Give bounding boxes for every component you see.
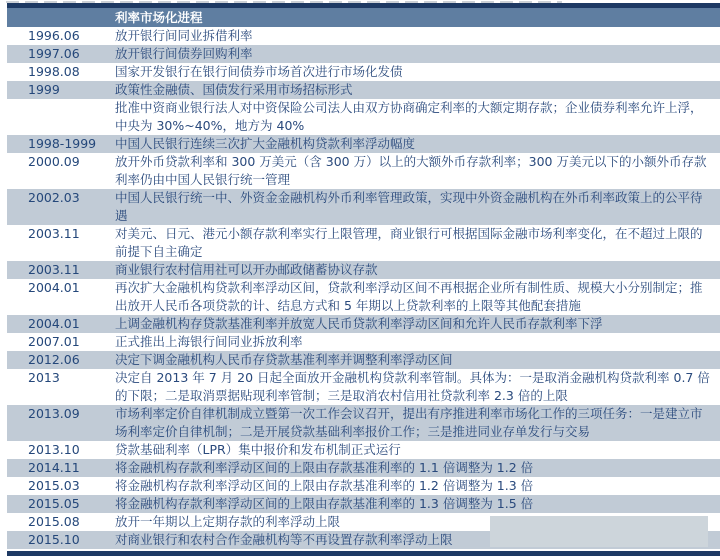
erased-watermark-block — [490, 516, 708, 547]
date-cell: 2012.06 — [7, 351, 115, 369]
date-cell: 2015.10 — [7, 531, 115, 549]
event-cell: 批准中资商业银行法人对中资保险公司法人由双方协商确定利率的大额定期存款；企业债券… — [115, 99, 720, 135]
table-title: 利率市场化进程 — [115, 10, 203, 25]
event-cell: 决定下调金融机构人民币存贷款基准利率并调整利率浮动区间 — [115, 351, 720, 369]
table-row: 2013.10 贷款基础利率（LPR）集中报价和发布机制正式运行 — [7, 441, 720, 459]
date-cell: 2013.09 — [7, 405, 115, 441]
event-cell: 决定自 2013 年 7 月 20 日起全面放开金融机构贷款利率管制。具体为：一… — [115, 369, 720, 405]
event-cell: 将金融机构存款利率浮动区间的上限由存款基准利率的 1.1 倍调整为 1.2 倍 — [115, 459, 720, 477]
date-cell: 1996.06 — [7, 27, 115, 45]
table-row: 2015.05 将金融机构存款利率浮动区间的上限由存款基准利率的 1.3 倍调整… — [7, 495, 720, 513]
table-row: 批准中资商业银行法人对中资保险公司法人由双方协商确定利率的大额定期存款；企业债券… — [7, 99, 720, 135]
event-cell: 上调金融机构存贷款基准利率并放宽人民币贷款利率浮动区间和允许人民币存款利率下浮 — [115, 315, 720, 333]
table-header: 利率市场化进程 — [7, 8, 720, 27]
rate-liberalization-table: 利率市场化进程 1996.06 放开银行间同业拆借利率 1997.06 放开银行… — [7, 3, 720, 556]
date-cell: 1999 — [7, 81, 115, 99]
event-cell: 中国人民银行统一中、外资金金融机构外币利率管理政策，实现中外资金融机构在外币利率… — [115, 189, 720, 225]
date-cell: 2003.11 — [7, 261, 115, 279]
table-row: 2013 决定自 2013 年 7 月 20 日起全面放开金融机构贷款利率管制。… — [7, 369, 720, 405]
table-row: 2003.11 商业银行农村信用社可以开办邮政储蓄协议存款 — [7, 261, 720, 279]
table-row: 1997.06 放开银行间债券回购利率 — [7, 45, 720, 63]
event-cell: 贷款基础利率（LPR）集中报价和发布机制正式运行 — [115, 441, 720, 459]
table-row: 1996.06 放开银行间同业拆借利率 — [7, 27, 720, 45]
table-row: 1998.08 国家开发银行在银行间债券市场首次进行市场化发债 — [7, 63, 720, 81]
table-row: 1998-1999 中国人民银行连续三次扩大金融机构贷款利率浮动幅度 — [7, 135, 720, 153]
table-row: 2004.01 再次扩大金融机构贷款利率浮动区间，贷款利率浮动区间不再根据企业所… — [7, 279, 720, 315]
date-cell: 2015.08 — [7, 513, 115, 531]
date-cell: 2015.05 — [7, 495, 115, 513]
event-cell: 对美元、日元、港元小额存款利率实行上限管理，商业银行可根据国际金融市场利率变化，… — [115, 225, 720, 261]
date-cell: 2004.01 — [7, 279, 115, 315]
event-cell: 商业银行农村信用社可以开办邮政储蓄协议存款 — [115, 261, 720, 279]
date-cell: 2004.01 — [7, 315, 115, 333]
table-row: 2000.09 放开外币贷款利率和 300 万美元（含 300 万）以上的大额外… — [7, 153, 720, 189]
rate-liberalization-table-page: 利率市场化进程 1996.06 放开银行间同业拆借利率 1997.06 放开银行… — [0, 0, 720, 560]
date-cell — [7, 99, 115, 135]
event-cell: 放开外币贷款利率和 300 万美元（含 300 万）以上的大额外币存款利率；30… — [115, 153, 720, 189]
event-cell: 政策性金融债、国债发行采用市场招标形式 — [115, 81, 720, 99]
date-cell: 2007.01 — [7, 333, 115, 351]
date-cell: 2000.09 — [7, 153, 115, 189]
date-cell: 2002.03 — [7, 189, 115, 225]
table-row: 2015.03 将金融机构存款利率浮动区间的上限由存款基准利率的 1.2 倍调整… — [7, 477, 720, 495]
event-cell: 中国人民银行连续三次扩大金融机构贷款利率浮动幅度 — [115, 135, 720, 153]
event-cell: 将金融机构存款利率浮动区间的上限由存款基准利率的 1.2 倍调整为 1.3 倍 — [115, 477, 720, 495]
date-cell: 1998.08 — [7, 63, 115, 81]
table-row: 2014.11 将金融机构存款利率浮动区间的上限由存款基准利率的 1.1 倍调整… — [7, 459, 720, 477]
date-cell: 2013.10 — [7, 441, 115, 459]
date-cell: 1997.06 — [7, 45, 115, 63]
table-row: 2002.03 中国人民银行统一中、外资金金融机构外币利率管理政策，实现中外资金… — [7, 189, 720, 225]
event-cell: 再次扩大金融机构贷款利率浮动区间，贷款利率浮动区间不再根据企业所有制性质、规模大… — [115, 279, 720, 315]
event-cell: 国家开发银行在银行间债券市场首次进行市场化发债 — [115, 63, 720, 81]
table-rows: 1996.06 放开银行间同业拆借利率 1997.06 放开银行间债券回购利率 … — [7, 27, 720, 549]
table-row: 2004.01 上调金融机构存贷款基准利率并放宽人民币贷款利率浮动区间和允许人民… — [7, 315, 720, 333]
table-row: 2012.06 决定下调金融机构人民币存贷款基准利率并调整利率浮动区间 — [7, 351, 720, 369]
table-bottom-border — [7, 551, 720, 556]
date-cell: 2014.11 — [7, 459, 115, 477]
table-row: 2013.09 市场利率定价自律机制成立暨第一次工作会议召开，提出有序推进利率市… — [7, 405, 720, 441]
event-cell: 将金融机构存款利率浮动区间的上限由存款基准利率的 1.3 倍调整为 1.5 倍 — [115, 495, 720, 513]
event-cell: 正式推出上海银行间同业拆放利率 — [115, 333, 720, 351]
event-cell: 放开银行间债券回购利率 — [115, 45, 720, 63]
event-cell: 放开银行间同业拆借利率 — [115, 27, 720, 45]
table-row: 1999 政策性金融债、国债发行采用市场招标形式 — [7, 81, 720, 99]
date-cell: 2013 — [7, 369, 115, 405]
table-row: 2003.11 对美元、日元、港元小额存款利率实行上限管理，商业银行可根据国际金… — [7, 225, 720, 261]
date-cell: 1998-1999 — [7, 135, 115, 153]
date-cell: 2015.03 — [7, 477, 115, 495]
date-cell: 2003.11 — [7, 225, 115, 261]
event-cell: 市场利率定价自律机制成立暨第一次工作会议召开，提出有序推进利率市场化工作的三项任… — [115, 405, 720, 441]
table-row: 2007.01 正式推出上海银行间同业拆放利率 — [7, 333, 720, 351]
